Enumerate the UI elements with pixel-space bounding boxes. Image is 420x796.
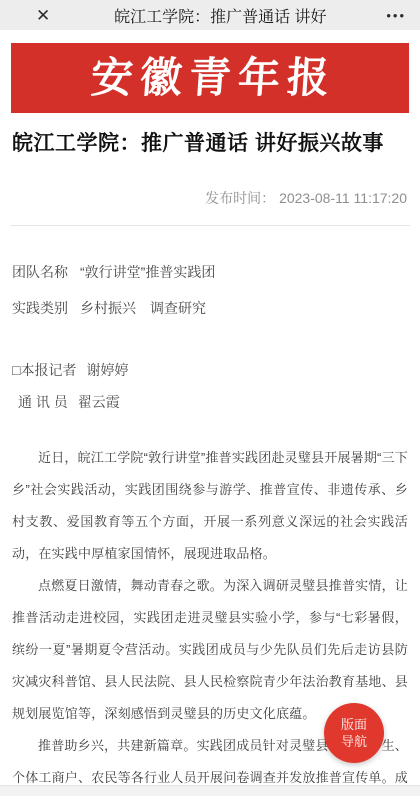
meta-label: 团队名称 bbox=[12, 264, 68, 280]
article-title: 皖江工学院：推广普通话 讲好振兴故事 bbox=[12, 130, 408, 158]
publish-time-label: 发布时间： bbox=[205, 190, 275, 206]
byline-name: 翟云霞 bbox=[78, 394, 120, 410]
meta-value: 乡村振兴 调查研究 bbox=[80, 300, 206, 316]
byline-label: 通 讯 员 bbox=[18, 394, 68, 410]
meta-value: “敦行讲堂”推普实践团 bbox=[80, 264, 215, 280]
close-icon[interactable]: ✕ bbox=[36, 7, 50, 24]
byline-name: 谢婷婷 bbox=[86, 362, 128, 378]
publish-time: 发布时间：2023-08-11 11:17:20 bbox=[13, 188, 407, 208]
paragraph: 近日，皖江工学院“敦行讲堂”推普实践团赴灵璧县开展暑期“三下乡”社会实践活动，实… bbox=[12, 442, 408, 570]
meta-row-team-name: 团队名称 “敦行讲堂”推普实践团 bbox=[12, 264, 408, 280]
article-page: ✕ 皖江工学院：推广普通话 讲好 ••• 安徽青年报 皖江工学院：推广普通话 讲… bbox=[0, 0, 420, 796]
more-menu-icon[interactable]: ••• bbox=[386, 9, 406, 22]
top-navbar: ✕ 皖江工学院：推广普通话 讲好 ••• bbox=[0, 0, 420, 30]
byline: □本报记者 谢婷婷 通 讯 员 翟云霞 bbox=[12, 362, 408, 410]
meta-row-practice-type: 实践类别 乡村振兴 调查研究 bbox=[12, 300, 408, 316]
byline-label: □本报记者 bbox=[12, 362, 76, 378]
page-navigation-button-line1: 版面 bbox=[341, 716, 367, 733]
bottom-edge-strip bbox=[0, 785, 420, 796]
divider bbox=[10, 225, 410, 226]
navbar-title: 皖江工学院：推广普通话 讲好 bbox=[50, 4, 384, 27]
page-navigation-button[interactable]: 版面 导航 bbox=[324, 703, 384, 763]
byline-row-correspondent: 通 讯 员 翟云霞 bbox=[12, 394, 408, 410]
meta-label: 实践类别 bbox=[12, 300, 68, 316]
newspaper-masthead-banner: 安徽青年报 bbox=[11, 43, 409, 113]
article-meta: 团队名称 “敦行讲堂”推普实践团 实践类别 乡村振兴 调查研究 bbox=[12, 264, 408, 316]
page-navigation-button-line2: 导航 bbox=[341, 733, 367, 750]
byline-row-reporter: □本报记者 谢婷婷 bbox=[12, 362, 408, 378]
publish-time-value: 2023-08-11 11:17:20 bbox=[279, 190, 407, 206]
masthead-title: 安徽青年报 bbox=[83, 57, 338, 99]
